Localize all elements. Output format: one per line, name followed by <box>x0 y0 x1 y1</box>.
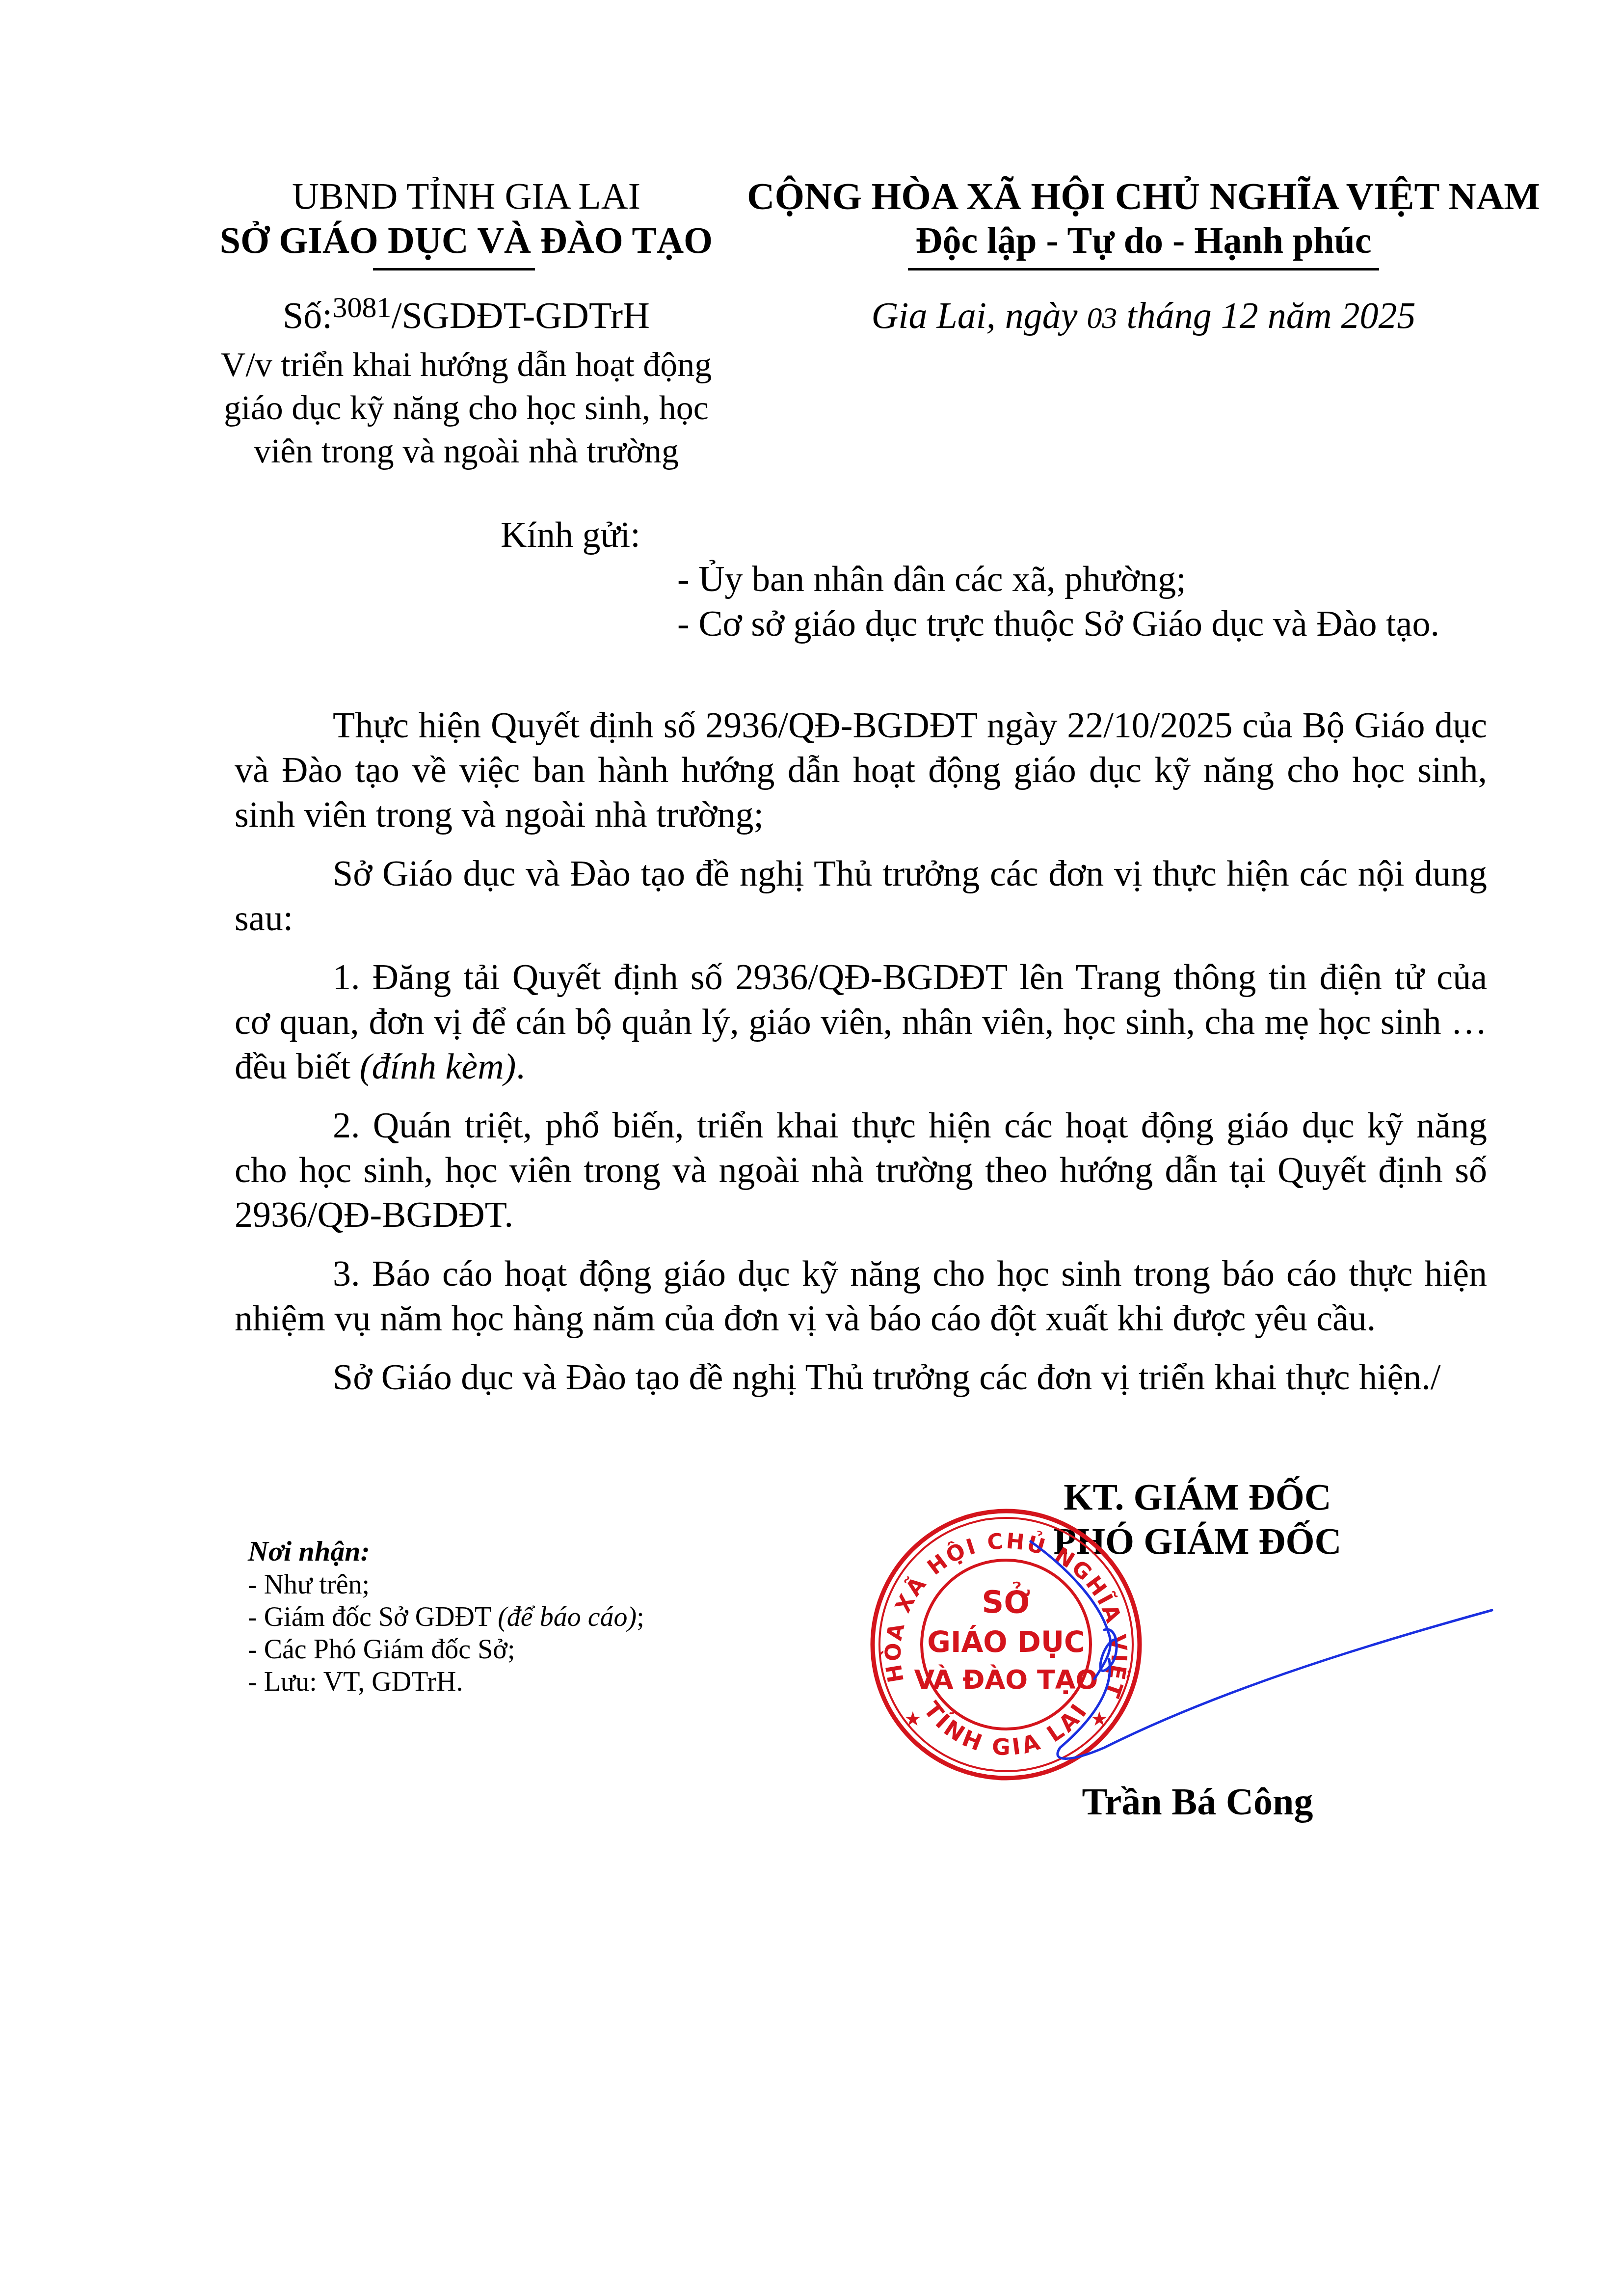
recipient-text: - Giám đốc Sở GDĐT <box>248 1602 498 1632</box>
subject-line: viên trong và ngoài nhà trường <box>186 430 746 473</box>
body-paragraph: Sở Giáo dục và Đào tạo đề nghị Thủ trưởn… <box>235 852 1487 941</box>
issuing-authority: UBND TỈNH GIA LAI <box>186 174 746 218</box>
recipient-item: - Giám đốc Sở GDĐT (để báo cáo); <box>248 1601 644 1633</box>
subject-line: V/v triển khai hướng dẫn hoạt động <box>186 344 746 387</box>
doc-number-suffix: /SGDĐT-GDTrH <box>391 295 650 336</box>
document-body: Thực hiện Quyết định số 2936/QĐ-BGDĐT ng… <box>235 703 1487 1414</box>
national-title: CỘNG HÒA XÃ HỘI CHỦ NGHĨA VIỆT NAM <box>721 174 1566 218</box>
body-paragraph: 2. Quán triệt, phổ biến, triển khai thực… <box>235 1104 1487 1238</box>
recipient-note: (để báo cáo) <box>498 1602 637 1632</box>
place-date-prefix: Gia Lai, ngày <box>871 295 1087 336</box>
motto-underline <box>908 268 1379 270</box>
recipient-item: - Như trên; <box>248 1568 644 1601</box>
body-paragraph: Sở Giáo dục và Đào tạo đề nghị Thủ trưởn… <box>235 1355 1487 1400</box>
subject: V/v triển khai hướng dẫn hoạt động giáo … <box>186 344 746 473</box>
recipient-item: - Lưu: VT, GDTrH. <box>248 1666 644 1698</box>
attachment-note: (đính kèm) <box>360 1047 516 1087</box>
body-paragraph: 3. Báo cáo hoạt động giáo dục kỹ năng ch… <box>235 1252 1487 1341</box>
doc-number-prefix: Số: <box>283 295 332 336</box>
body-paragraph: 1. Đăng tải Quyết định số 2936/QĐ-BGDĐT … <box>235 955 1487 1089</box>
national-motto: Độc lập - Tự do - Hạnh phúc <box>721 218 1566 263</box>
addressee-label: Kính gửi: <box>501 513 640 557</box>
addressee-item: - Cơ sở giáo dục trực thuộc Sở Giáo dục … <box>677 602 1439 647</box>
recipients-block: Nơi nhận: - Như trên; - Giám đốc Sở GDĐT… <box>248 1534 644 1698</box>
department-name: SỞ GIÁO DỤC VÀ ĐÀO TẠO <box>186 218 746 263</box>
doc-number-value: 3081 <box>332 291 391 324</box>
punctuation: ; <box>637 1602 644 1632</box>
recipient-item: - Các Phó Giám đốc Sở; <box>248 1633 644 1666</box>
recipients-label: Nơi nhận: <box>248 1534 644 1568</box>
addressee-list: - Ủy ban nhân dân các xã, phường; - Cơ s… <box>677 557 1439 647</box>
date-month-year: tháng 12 năm 2025 <box>1117 295 1416 336</box>
department-underline <box>373 268 535 270</box>
date-day: 03 <box>1087 301 1117 335</box>
subject-line: giáo dục kỹ năng cho học sinh, học <box>186 387 746 430</box>
punctuation: . <box>516 1047 525 1087</box>
signer-name: Trần Bá Công <box>1011 1780 1384 1824</box>
handwritten-signature-icon <box>957 1532 1507 1787</box>
document-number: Số:3081/SGDĐT-GDTrH <box>186 294 746 340</box>
place-date: Gia Lai, ngày 03 tháng 12 năm 2025 <box>721 294 1566 340</box>
svg-text:★: ★ <box>904 1708 922 1730</box>
body-paragraph: Thực hiện Quyết định số 2936/QĐ-BGDĐT ng… <box>235 703 1487 837</box>
addressee-item: - Ủy ban nhân dân các xã, phường; <box>677 557 1439 602</box>
